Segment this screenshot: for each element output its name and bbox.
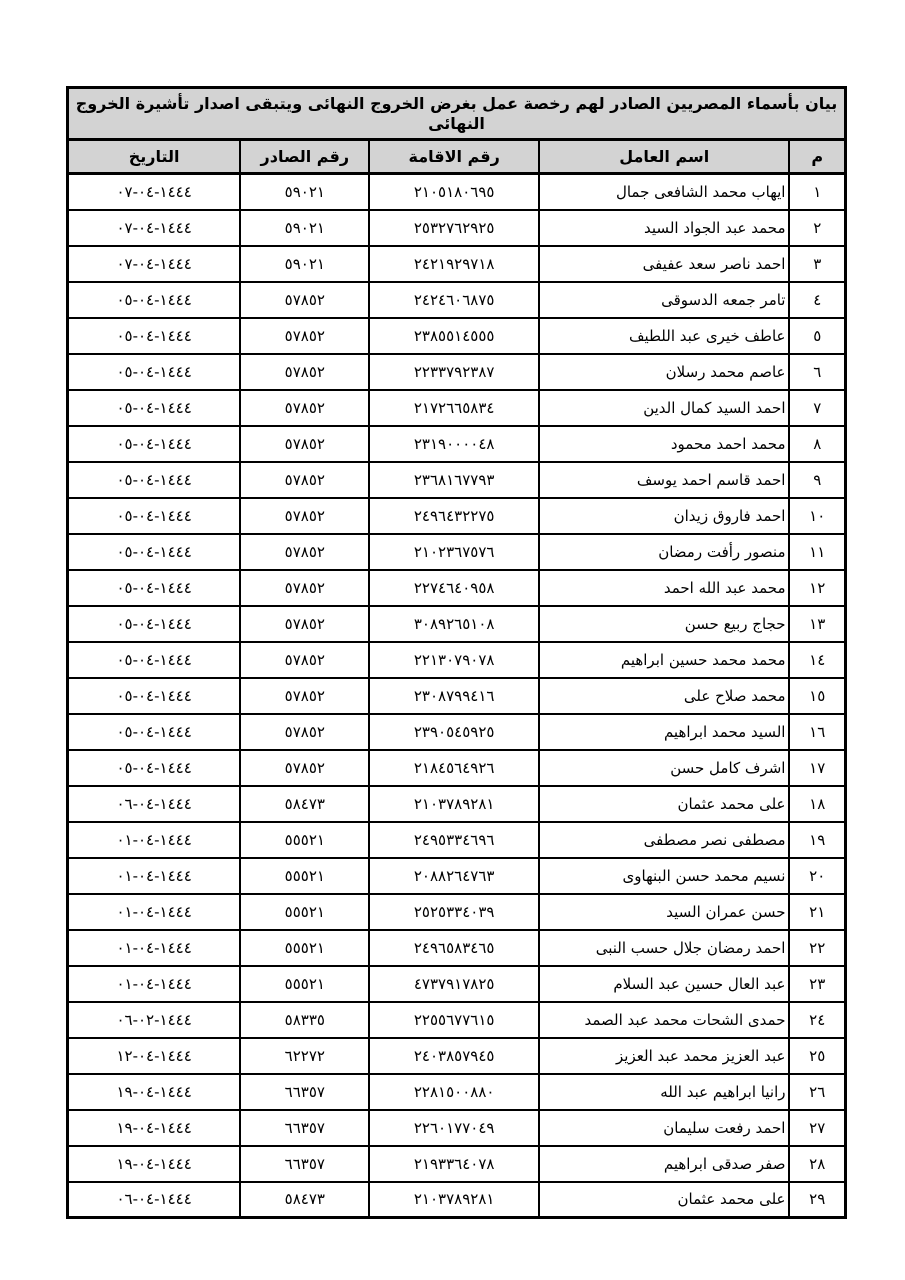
worker-name-cell: احمد رمضان جلال حسب النبى: [539, 930, 790, 966]
issue-number-cell: ٥٨٣٣٥: [240, 1002, 369, 1038]
workers-table: م اسم العامل رقم الاقامة رقم الصادر التا…: [66, 138, 847, 1219]
iqama-number-cell: ٢٢٥٥٦٧٧٦١٥: [369, 1002, 539, 1038]
iqama-number-cell: ٣٠٨٩٢٦٥١٠٨: [369, 606, 539, 642]
iqama-number-cell: ٢١٠٥١٨٠٦٩٥: [369, 174, 539, 210]
iqama-number-cell: ٢٠٨٨٢٦٤٧٦٣: [369, 858, 539, 894]
date-value: ١٤٤٤-٠٤-٠١: [116, 867, 191, 885]
date-value: ١٤٤٤-٠٢-٠٦: [116, 1011, 191, 1029]
iqama-number-cell: ٢٥٢٥٣٣٤٠٣٩: [369, 894, 539, 930]
worker-name-cell: نسيم محمد حسن البنهاوى: [539, 858, 790, 894]
row-number-cell: ٢٢: [789, 930, 845, 966]
iqama-number-cell: ٢٣١٩٠٠٠٠٤٨: [369, 426, 539, 462]
date-cell: ١٤٤٤-٠٤-٠١: [68, 966, 241, 1002]
iqama-number-cell: ٢١٧٢٦٦٥٨٣٤: [369, 390, 539, 426]
date-value: ١٤٤٤-٠٤-٠٥: [116, 723, 191, 741]
date-cell: ١٤٤٤-٠٤-٠٥: [68, 462, 241, 498]
issue-number-cell: ٥٧٨٥٢: [240, 282, 369, 318]
worker-name-cell: عاطف خيرى عبد اللطيف: [539, 318, 790, 354]
issue-number-cell: ٥٥٥٢١: [240, 894, 369, 930]
issue-number-cell: ٥٧٨٥٢: [240, 426, 369, 462]
header-worker-name: اسم العامل: [539, 140, 790, 174]
worker-name-cell: احمد السيد كمال الدين: [539, 390, 790, 426]
table-row: ١٣ حجاج ربيع حسن ٣٠٨٩٢٦٥١٠٨ ٥٧٨٥٢ ١٤٤٤-٠…: [68, 606, 846, 642]
table-row: ٢ محمد عبد الجواد السيد ٢٥٣٢٧٦٢٩٢٥ ٥٩٠٢١…: [68, 210, 846, 246]
table-row: ٢١ حسن عمران السيد ٢٥٢٥٣٣٤٠٣٩ ٥٥٥٢١ ١٤٤٤…: [68, 894, 846, 930]
date-cell: ١٤٤٤-٠٤-٠٥: [68, 750, 241, 786]
table-row: ١٤ محمد محمد حسين ابراهيم ٢٢١٣٠٧٩٠٧٨ ٥٧٨…: [68, 642, 846, 678]
date-value: ١٤٤٤-٠٤-١٩: [116, 1083, 191, 1101]
date-cell: ١٤٤٤-٠٤-٠١: [68, 822, 241, 858]
table-row: ٩ احمد قاسم احمد يوسف ٢٣٦٨١٦٧٧٩٣ ٥٧٨٥٢ ١…: [68, 462, 846, 498]
row-number-cell: ٢٩: [789, 1182, 845, 1218]
worker-name-cell: حجاج ربيع حسن: [539, 606, 790, 642]
worker-name-cell: عاصم محمد رسلان: [539, 354, 790, 390]
table-row: ٢٤ حمدى الشحات محمد عبد الصمد ٢٢٥٥٦٧٧٦١٥…: [68, 1002, 846, 1038]
table-row: ١٩ مصطفى نصر مصطفى ٢٤٩٥٣٣٤٦٩٦ ٥٥٥٢١ ١٤٤٤…: [68, 822, 846, 858]
iqama-number-cell: ٢١٨٤٥٦٤٩٢٦: [369, 750, 539, 786]
row-number-cell: ٢٥: [789, 1038, 845, 1074]
iqama-number-cell: ٢٤٠٣٨٥٧٩٤٥: [369, 1038, 539, 1074]
row-number-cell: ٣: [789, 246, 845, 282]
date-value: ١٤٤٤-٠٤-٠١: [116, 831, 191, 849]
date-cell: ١٤٤٤-٠٤-٠٧: [68, 210, 241, 246]
issue-number-cell: ٥٩٠٢١: [240, 174, 369, 210]
worker-name-cell: احمد فاروق زيدان: [539, 498, 790, 534]
row-number-cell: ٢٨: [789, 1146, 845, 1182]
date-cell: ١٤٤٤-٠٤-٠١: [68, 894, 241, 930]
table-row: ١٢ محمد عبد الله احمد ٢٢٧٤٦٤٠٩٥٨ ٥٧٨٥٢ ١…: [68, 570, 846, 606]
iqama-number-cell: ٢٣٠٨٧٩٩٤١٦: [369, 678, 539, 714]
iqama-number-cell: ٢٢٧٤٦٤٠٩٥٨: [369, 570, 539, 606]
row-number-cell: ١٦: [789, 714, 845, 750]
date-value: ١٤٤٤-٠٤-٠٥: [116, 615, 191, 633]
date-cell: ١٤٤٤-٠٤-٠٥: [68, 534, 241, 570]
worker-name-cell: احمد قاسم احمد يوسف: [539, 462, 790, 498]
date-value: ١٤٤٤-٠٤-١٢: [116, 1047, 191, 1065]
table-row: ١٠ احمد فاروق زيدان ٢٤٩٦٤٣٢٢٧٥ ٥٧٨٥٢ ١٤٤…: [68, 498, 846, 534]
date-cell: ١٤٤٤-٠٤-٠٧: [68, 246, 241, 282]
issue-number-cell: ٦٢٢٧٢: [240, 1038, 369, 1074]
issue-number-cell: ٥٨٤٧٣: [240, 786, 369, 822]
worker-name-cell: محمد عبد الجواد السيد: [539, 210, 790, 246]
date-value: ١٤٤٤-٠٤-٠٥: [116, 399, 191, 417]
table-row: ١ ايهاب محمد الشافعى جمال ٢١٠٥١٨٠٦٩٥ ٥٩٠…: [68, 174, 846, 210]
issue-number-cell: ٦٦٣٥٧: [240, 1074, 369, 1110]
iqama-number-cell: ٢٤٩٥٣٣٤٦٩٦: [369, 822, 539, 858]
date-cell: ١٤٤٤-٠٤-٠٦: [68, 786, 241, 822]
table-row: ١٥ محمد صلاح على ٢٣٠٨٧٩٩٤١٦ ٥٧٨٥٢ ١٤٤٤-٠…: [68, 678, 846, 714]
table-row: ٤ تامر جمعه الدسوقى ٢٤٢٤٦٠٦٨٧٥ ٥٧٨٥٢ ١٤٤…: [68, 282, 846, 318]
issue-number-cell: ٦٦٣٥٧: [240, 1146, 369, 1182]
row-number-cell: ٩: [789, 462, 845, 498]
row-number-cell: ٢: [789, 210, 845, 246]
iqama-number-cell: ٢٢٦٠١٧٧٠٤٩: [369, 1110, 539, 1146]
date-cell: ١٤٤٤-٠٤-٠٥: [68, 606, 241, 642]
table-row: ١٨ على محمد عثمان ٢١٠٣٧٨٩٢٨١ ٥٨٤٧٣ ١٤٤٤-…: [68, 786, 846, 822]
row-number-cell: ٢١: [789, 894, 845, 930]
iqama-number-cell: ٢٣٦٨١٦٧٧٩٣: [369, 462, 539, 498]
issue-number-cell: ٦٦٣٥٧: [240, 1110, 369, 1146]
date-cell: ١٤٤٤-٠٤-٠٥: [68, 714, 241, 750]
iqama-number-cell: ٢٤٢١٩٢٩٧١٨: [369, 246, 539, 282]
row-number-cell: ١: [789, 174, 845, 210]
table-row: ٢٧ احمد رفعت سليمان ٢٢٦٠١٧٧٠٤٩ ٦٦٣٥٧ ١٤٤…: [68, 1110, 846, 1146]
issue-number-cell: ٥٧٨٥٢: [240, 570, 369, 606]
table-row: ١٦ السيد محمد ابراهيم ٢٣٩٠٥٤٥٩٢٥ ٥٧٨٥٢ ١…: [68, 714, 846, 750]
issue-number-cell: ٥٧٨٥٢: [240, 354, 369, 390]
iqama-number-cell: ٢٢٣٣٧٩٢٣٨٧: [369, 354, 539, 390]
issue-number-cell: ٥٩٠٢١: [240, 210, 369, 246]
table-row: ٥ عاطف خيرى عبد اللطيف ٢٣٨٥٥١٤٥٥٥ ٥٧٨٥٢ …: [68, 318, 846, 354]
table-row: ١٧ اشرف كامل حسن ٢١٨٤٥٦٤٩٢٦ ٥٧٨٥٢ ١٤٤٤-٠…: [68, 750, 846, 786]
iqama-number-cell: ٢٥٣٢٧٦٢٩٢٥: [369, 210, 539, 246]
worker-name-cell: تامر جمعه الدسوقى: [539, 282, 790, 318]
worker-name-cell: على محمد عثمان: [539, 1182, 790, 1218]
issue-number-cell: ٥٩٠٢١: [240, 246, 369, 282]
issue-number-cell: ٥٧٨٥٢: [240, 390, 369, 426]
iqama-number-cell: ٢٤٩٦٥٨٣٤٦٥: [369, 930, 539, 966]
row-number-cell: ١٢: [789, 570, 845, 606]
row-number-cell: ١٠: [789, 498, 845, 534]
worker-name-cell: محمد احمد محمود: [539, 426, 790, 462]
date-value: ١٤٤٤-٠٤-٠٥: [116, 687, 191, 705]
issue-number-cell: ٥٧٨٥٢: [240, 462, 369, 498]
row-number-cell: ١٨: [789, 786, 845, 822]
header-date: التاريخ: [68, 140, 241, 174]
date-value: ١٤٤٤-٠٤-٠٧: [116, 183, 191, 201]
table-row: ٣ احمد ناصر سعد عفيفى ٢٤٢١٩٢٩٧١٨ ٥٩٠٢١ ١…: [68, 246, 846, 282]
worker-name-cell: محمد صلاح على: [539, 678, 790, 714]
date-value: ١٤٤٤-٠٤-١٩: [116, 1119, 191, 1137]
row-number-cell: ٨: [789, 426, 845, 462]
worker-name-cell: منصور رأفت رمضان: [539, 534, 790, 570]
table-row: ٢٦ رانيا ابراهيم عبد الله ٢٢٨١٥٠٠٨٨٠ ٦٦٣…: [68, 1074, 846, 1110]
iqama-number-cell: ٢١٩٣٣٦٤٠٧٨: [369, 1146, 539, 1182]
table-row: ٢٩ على محمد عثمان ٢١٠٣٧٨٩٢٨١ ٥٨٤٧٣ ١٤٤٤-…: [68, 1182, 846, 1218]
issue-number-cell: ٥٧٨٥٢: [240, 498, 369, 534]
row-number-cell: ٢٤: [789, 1002, 845, 1038]
date-cell: ١٤٤٤-٠٤-٠٥: [68, 282, 241, 318]
date-cell: ١٤٤٤-٠٤-٠٥: [68, 570, 241, 606]
date-value: ١٤٤٤-٠٤-١٩: [116, 1155, 191, 1173]
row-number-cell: ٢٧: [789, 1110, 845, 1146]
iqama-number-cell: ٢١٠٢٣٦٧٥٧٦: [369, 534, 539, 570]
iqama-number-cell: ٢٣٩٠٥٤٥٩٢٥: [369, 714, 539, 750]
row-number-cell: ١٤: [789, 642, 845, 678]
iqama-number-cell: ٢٤٢٤٦٠٦٨٧٥: [369, 282, 539, 318]
table-row: ٧ احمد السيد كمال الدين ٢١٧٢٦٦٥٨٣٤ ٥٧٨٥٢…: [68, 390, 846, 426]
date-cell: ١٤٤٤-٠٤-٠٥: [68, 390, 241, 426]
worker-name-cell: مصطفى نصر مصطفى: [539, 822, 790, 858]
iqama-number-cell: ٢١٠٣٧٨٩٢٨١: [369, 786, 539, 822]
row-number-cell: ١٩: [789, 822, 845, 858]
date-value: ١٤٤٤-٠٤-٠٥: [116, 651, 191, 669]
header-iqama-number: رقم الاقامة: [369, 140, 539, 174]
date-cell: ١٤٤٤-٠٤-١٩: [68, 1074, 241, 1110]
date-cell: ١٤٤٤-٠٢-٠٦: [68, 1002, 241, 1038]
row-number-cell: ١٣: [789, 606, 845, 642]
iqama-number-cell: ٢١٠٣٧٨٩٢٨١: [369, 1182, 539, 1218]
issue-number-cell: ٥٨٤٧٣: [240, 1182, 369, 1218]
date-value: ١٤٤٤-٠٤-٠٥: [116, 363, 191, 381]
header-row: م اسم العامل رقم الاقامة رقم الصادر التا…: [68, 140, 846, 174]
date-cell: ١٤٤٤-٠٤-٠٦: [68, 1182, 241, 1218]
date-cell: ١٤٤٤-٠٤-٠٥: [68, 642, 241, 678]
date-value: ١٤٤٤-٠٤-٠٥: [116, 471, 191, 489]
issue-number-cell: ٥٧٨٥٢: [240, 606, 369, 642]
worker-name-cell: محمد محمد حسين ابراهيم: [539, 642, 790, 678]
worker-name-cell: ايهاب محمد الشافعى جمال: [539, 174, 790, 210]
date-cell: ١٤٤٤-٠٤-٠١: [68, 858, 241, 894]
issue-number-cell: ٥٥٥٢١: [240, 930, 369, 966]
table-row: ٦ عاصم محمد رسلان ٢٢٣٣٧٩٢٣٨٧ ٥٧٨٥٢ ١٤٤٤-…: [68, 354, 846, 390]
date-value: ١٤٤٤-٠٤-٠٧: [116, 219, 191, 237]
worker-name-cell: عبد العال حسين عبد السلام: [539, 966, 790, 1002]
iqama-number-cell: ٢٢١٣٠٧٩٠٧٨: [369, 642, 539, 678]
date-cell: ١٤٤٤-٠٤-٠١: [68, 930, 241, 966]
row-number-cell: ١٥: [789, 678, 845, 714]
issue-number-cell: ٥٧٨٥٢: [240, 714, 369, 750]
date-cell: ١٤٤٤-٠٤-١٩: [68, 1110, 241, 1146]
worker-name-cell: اشرف كامل حسن: [539, 750, 790, 786]
date-value: ١٤٤٤-٠٤-٠١: [116, 975, 191, 993]
row-number-cell: ٤: [789, 282, 845, 318]
table-row: ٨ محمد احمد محمود ٢٣١٩٠٠٠٠٤٨ ٥٧٨٥٢ ١٤٤٤-…: [68, 426, 846, 462]
document-title: بيان بأسماء المصريين الصادر لهم رخصة عمل…: [66, 86, 847, 138]
issue-number-cell: ٥٧٨٥٢: [240, 678, 369, 714]
date-value: ١٤٤٤-٠٤-٠٥: [116, 327, 191, 345]
worker-name-cell: صفر صدقى ابراهيم: [539, 1146, 790, 1182]
worker-name-cell: عبد العزيز محمد عبد العزيز: [539, 1038, 790, 1074]
row-number-cell: ٢٦: [789, 1074, 845, 1110]
issue-number-cell: ٥٥٥٢١: [240, 966, 369, 1002]
date-value: ١٤٤٤-٠٤-٠٧: [116, 255, 191, 273]
table-row: ٢٠ نسيم محمد حسن البنهاوى ٢٠٨٨٢٦٤٧٦٣ ٥٥٥…: [68, 858, 846, 894]
iqama-number-cell: ٢٤٩٦٤٣٢٢٧٥: [369, 498, 539, 534]
worker-name-cell: احمد ناصر سعد عفيفى: [539, 246, 790, 282]
issue-number-cell: ٥٧٨٥٢: [240, 750, 369, 786]
date-cell: ١٤٤٤-٠٤-٠٥: [68, 426, 241, 462]
date-value: ١٤٤٤-٠٤-٠١: [116, 939, 191, 957]
table-row: ١١ منصور رأفت رمضان ٢١٠٢٣٦٧٥٧٦ ٥٧٨٥٢ ١٤٤…: [68, 534, 846, 570]
iqama-number-cell: ٤٧٣٧٩١٧٨٢٥: [369, 966, 539, 1002]
table-row: ٢٨ صفر صدقى ابراهيم ٢١٩٣٣٦٤٠٧٨ ٦٦٣٥٧ ١٤٤…: [68, 1146, 846, 1182]
table-row: ٢٣ عبد العال حسين عبد السلام ٤٧٣٧٩١٧٨٢٥ …: [68, 966, 846, 1002]
worker-name-cell: رانيا ابراهيم عبد الله: [539, 1074, 790, 1110]
row-number-cell: ٧: [789, 390, 845, 426]
row-number-cell: ٢٠: [789, 858, 845, 894]
row-number-cell: ٥: [789, 318, 845, 354]
date-cell: ١٤٤٤-٠٤-٠٥: [68, 318, 241, 354]
date-cell: ١٤٤٤-٠٤-٠٧: [68, 174, 241, 210]
row-number-cell: ٢٣: [789, 966, 845, 1002]
issue-number-cell: ٥٥٥٢١: [240, 822, 369, 858]
date-value: ١٤٤٤-٠٤-٠٦: [116, 795, 191, 813]
date-value: ١٤٤٤-٠٤-٠٥: [116, 759, 191, 777]
date-value: ١٤٤٤-٠٤-٠٥: [116, 579, 191, 597]
row-number-cell: ٦: [789, 354, 845, 390]
date-cell: ١٤٤٤-٠٤-٠٥: [68, 354, 241, 390]
worker-name-cell: احمد رفعت سليمان: [539, 1110, 790, 1146]
date-value: ١٤٤٤-٠٤-٠٥: [116, 543, 191, 561]
table-row: ٢٢ احمد رمضان جلال حسب النبى ٢٤٩٦٥٨٣٤٦٥ …: [68, 930, 846, 966]
issue-number-cell: ٥٥٥٢١: [240, 858, 369, 894]
date-value: ١٤٤٤-٠٤-٠٦: [116, 1190, 191, 1208]
row-number-cell: ١٧: [789, 750, 845, 786]
date-cell: ١٤٤٤-٠٤-٠٥: [68, 498, 241, 534]
worker-exit-list-document: بيان بأسماء المصريين الصادر لهم رخصة عمل…: [66, 86, 847, 1219]
worker-name-cell: حسن عمران السيد: [539, 894, 790, 930]
date-value: ١٤٤٤-٠٤-٠٥: [116, 507, 191, 525]
issue-number-cell: ٥٧٨٥٢: [240, 642, 369, 678]
row-number-cell: ١١: [789, 534, 845, 570]
issue-number-cell: ٥٧٨٥٢: [240, 318, 369, 354]
date-value: ١٤٤٤-٠٤-٠١: [116, 903, 191, 921]
date-cell: ١٤٤٤-٠٤-١٩: [68, 1146, 241, 1182]
worker-name-cell: حمدى الشحات محمد عبد الصمد: [539, 1002, 790, 1038]
worker-name-cell: السيد محمد ابراهيم: [539, 714, 790, 750]
worker-name-cell: محمد عبد الله احمد: [539, 570, 790, 606]
date-value: ١٤٤٤-٠٤-٠٥: [116, 291, 191, 309]
date-value: ١٤٤٤-٠٤-٠٥: [116, 435, 191, 453]
table-row: ٢٥ عبد العزيز محمد عبد العزيز ٢٤٠٣٨٥٧٩٤٥…: [68, 1038, 846, 1074]
iqama-number-cell: ٢٣٨٥٥١٤٥٥٥: [369, 318, 539, 354]
date-cell: ١٤٤٤-٠٤-١٢: [68, 1038, 241, 1074]
header-issue-number: رقم الصادر: [240, 140, 369, 174]
worker-name-cell: على محمد عثمان: [539, 786, 790, 822]
issue-number-cell: ٥٧٨٥٢: [240, 534, 369, 570]
iqama-number-cell: ٢٢٨١٥٠٠٨٨٠: [369, 1074, 539, 1110]
date-cell: ١٤٤٤-٠٤-٠٥: [68, 678, 241, 714]
header-row-number: م: [789, 140, 845, 174]
